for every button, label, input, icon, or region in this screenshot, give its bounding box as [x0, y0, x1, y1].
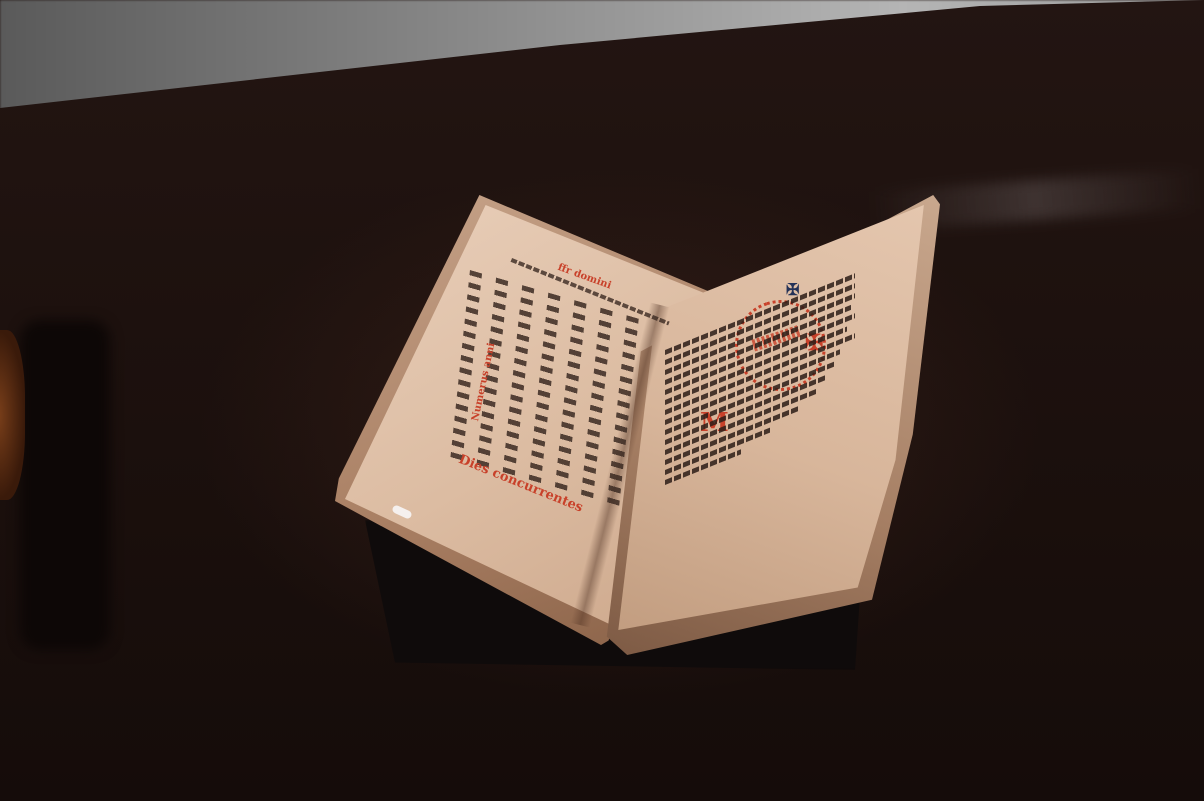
open-book: ffr domini Numerus anni Dies concurrente… [0, 0, 1204, 801]
